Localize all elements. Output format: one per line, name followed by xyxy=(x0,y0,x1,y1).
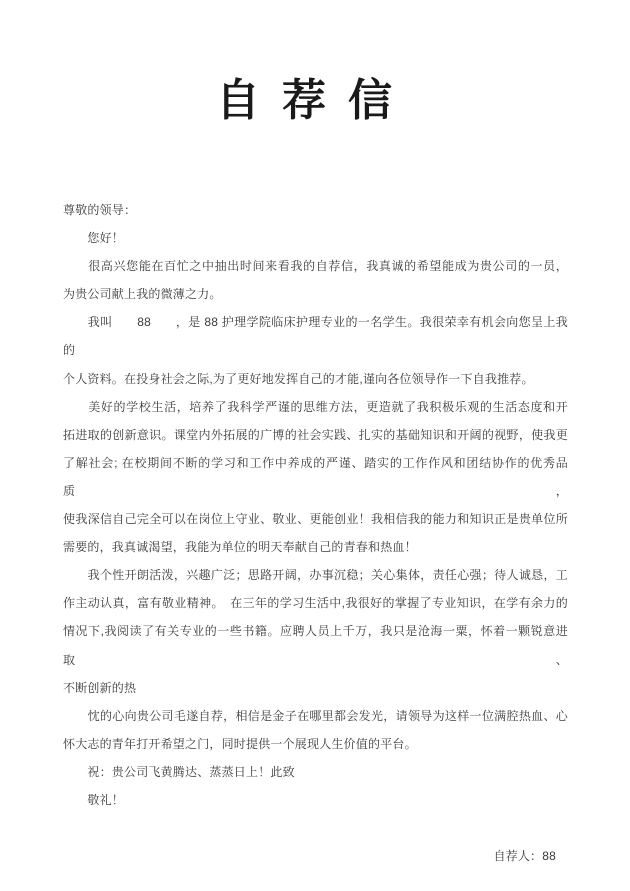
letter-line: 为贵公司献上我的微薄之力。 xyxy=(63,280,568,308)
letter-line: 我叫 88 ，是 88 护理学院临床护理专业的一名学生。我很荣幸有机会向您呈上我… xyxy=(63,308,568,364)
letter-line: 怀大志的青年打开希望之门，同时提供一个展现人生价值的平台。 xyxy=(63,730,568,758)
letter-line: 需要的，我真诚渴望，我能为单位的明天奉献自己的青春和热血！ xyxy=(63,533,568,561)
letter-line: 不断创新的热 xyxy=(63,674,568,702)
letter-line: 我个性开朗活泼，兴趣广泛；思路开阔，办事沉稳；关心集体，责任心强；待人诚恳，工 xyxy=(63,561,568,589)
letter-line-salutation: 尊敬的领导： xyxy=(63,196,568,224)
letter-line: 美好的学校生活，培养了我科学严谨的思维方法，更造就了我积极乐观的生活态度和开 xyxy=(63,393,568,421)
document-page: 自荐信 尊敬的领导： 您好！ 很高兴您能在百忙之中抽出时间来看我的自荐信，我真诚… xyxy=(0,0,630,891)
letter-line: 了解社会; 在校期间不断的学习和工作中养成的严谨、踏实的工作作风和团结协作的优秀… xyxy=(63,449,568,505)
letter-line: 您好！ xyxy=(63,224,568,252)
signature-line: 自荐人：88 xyxy=(63,842,568,870)
letter-body: 尊敬的领导： 您好！ 很高兴您能在百忙之中抽出时间来看我的自荐信，我真诚的希望能… xyxy=(63,196,568,870)
letter-title: 自荐信 xyxy=(0,79,630,123)
letter-line: 使我深信自己完全可以在岗位上守业、敬业、更能创业！我相信我的能力和知识正是贵单位… xyxy=(63,505,568,533)
letter-line: 很高兴您能在百忙之中抽出时间来看我的自荐信，我真诚的希望能成为贵公司的一员， xyxy=(63,252,568,280)
letter-line: 拓进取的创新意识。课堂内外拓展的广博的社会实践、扎实的基础知识和开阔的视野，使我… xyxy=(63,421,568,449)
letter-line-wish: 祝：贵公司飞黄腾达、蒸蒸日上！此致 xyxy=(63,758,568,786)
letter-line-closing: 敬礼！ xyxy=(63,786,568,814)
letter-line: 个人资料。在投身社会之际,为了更好地发挥自己的才能,谨向各位领导作一下自我推荐。 xyxy=(63,365,568,393)
letter-line: 作主动认真，富有敬业精神。 在三年的学习生活中,我很好的掌握了专业知识，在学有余… xyxy=(63,589,568,617)
letter-line: 情况下,我阅读了有关专业的一些书籍。应聘人员上千万，我只是沧海一粟，怀着一颗锐意… xyxy=(63,617,568,673)
letter-line: 忱的心向贵公司毛遂自荐，相信是金子在哪里都会发光，请领导为这样一位满腔热血、心 xyxy=(63,702,568,730)
